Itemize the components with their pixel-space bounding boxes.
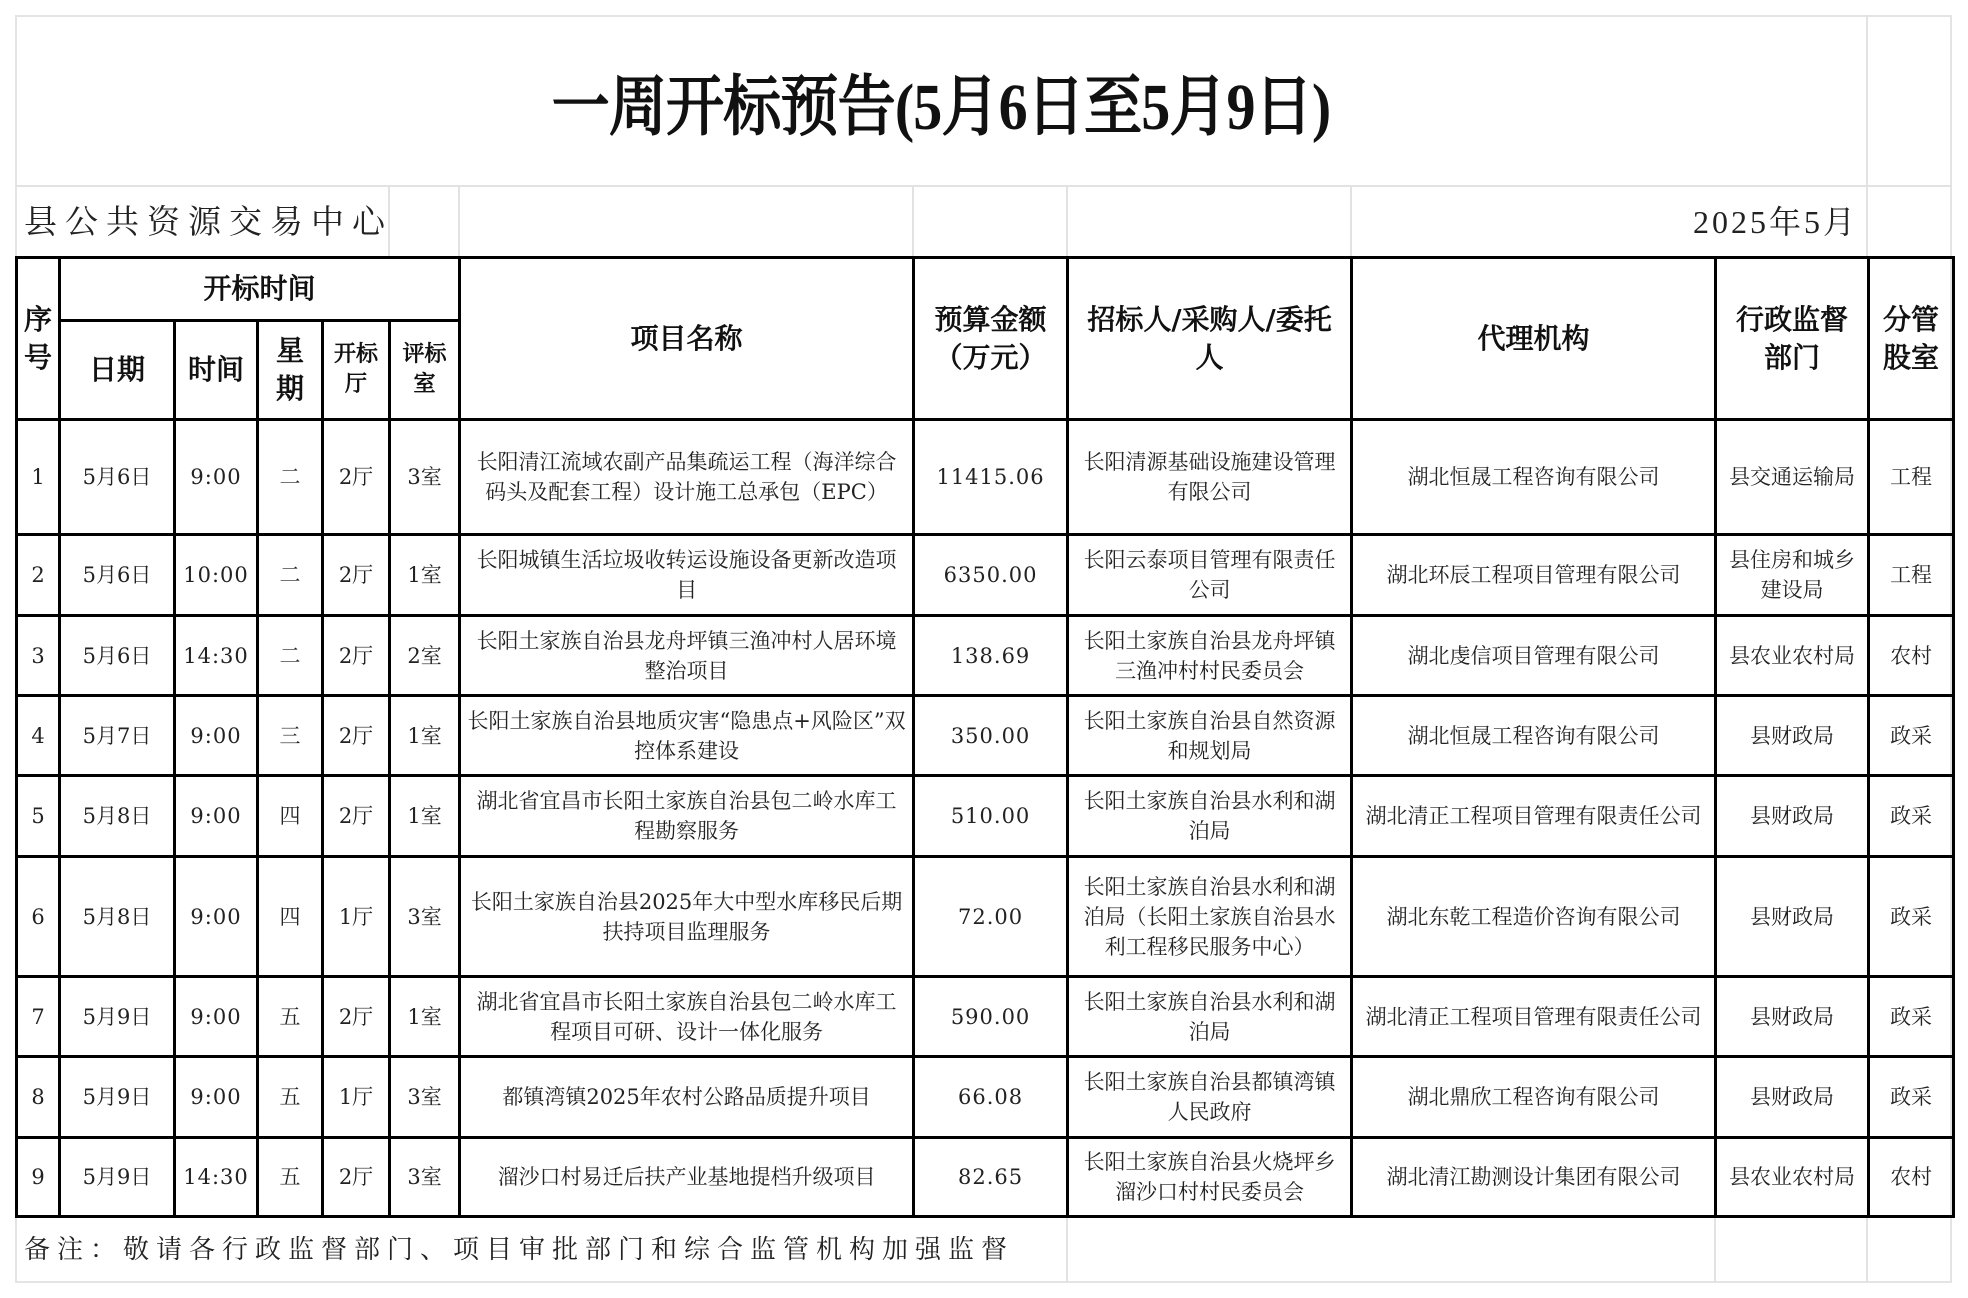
hall-cell: 2厅 bbox=[323, 1138, 390, 1217]
project-cell: 长阳土家族自治县地质灾害“隐患点+风险区”双控体系建设 bbox=[460, 696, 914, 776]
seq-cell: 7 bbox=[17, 977, 60, 1057]
hall-cell: 2厅 bbox=[323, 696, 390, 776]
gridline bbox=[1066, 186, 1068, 256]
division-cell: 政采 bbox=[1869, 696, 1954, 776]
tenderer-cell: 长阳土家族自治县龙舟坪镇三渔冲村村民委员会 bbox=[1068, 616, 1352, 696]
table-row: 6 5月8日 9:00 四 1厅 3室 长阳土家族自治县2025年大中型水库移民… bbox=[17, 857, 1954, 977]
hall-cell: 1厅 bbox=[323, 1057, 390, 1138]
division-cell: 工程 bbox=[1869, 420, 1954, 535]
agency-cell: 湖北虔信项目管理有限公司 bbox=[1352, 616, 1716, 696]
header-division: 分管股室 bbox=[1869, 258, 1954, 420]
bid-opening-table: 序号 开标时间 项目名称 预算金额（万元） 招标人/采购人/委托人 代理机构 行… bbox=[15, 256, 1955, 1218]
project-cell: 湖北省宜昌市长阳土家族自治县包二岭水库工程勘察服务 bbox=[460, 776, 914, 857]
organization-label: 县公共资源交易中心 bbox=[24, 192, 393, 252]
room-cell: 3室 bbox=[390, 1138, 460, 1217]
agency-cell: 湖北清正工程项目管理有限责任公司 bbox=[1352, 977, 1716, 1057]
hall-cell: 2厅 bbox=[323, 535, 390, 616]
division-cell: 政采 bbox=[1869, 1057, 1954, 1138]
project-cell: 湖北省宜昌市长阳土家族自治县包二岭水库工程项目可研、设计一体化服务 bbox=[460, 977, 914, 1057]
budget-cell: 66.08 bbox=[914, 1057, 1068, 1138]
gridline bbox=[1866, 15, 1868, 256]
header-seq: 序号 bbox=[17, 258, 60, 420]
room-cell: 3室 bbox=[390, 857, 460, 977]
hall-cell: 2厅 bbox=[323, 616, 390, 696]
room-cell: 1室 bbox=[390, 977, 460, 1057]
supervisor-cell: 县财政局 bbox=[1716, 776, 1869, 857]
footnote: 备注：敬请各行政监督部门、项目审批部门和综合监管机构加强监督 bbox=[24, 1218, 1014, 1282]
budget-cell: 11415.06 bbox=[914, 420, 1068, 535]
date-label: 2025年5月 bbox=[1693, 192, 1858, 252]
header-project: 项目名称 bbox=[460, 258, 914, 420]
tenderer-cell: 长阳土家族自治县水利和湖泊局 bbox=[1068, 977, 1352, 1057]
project-cell: 长阳清江流域农副产品集疏运工程（海洋综合码头及配套工程）设计施工总承包（EPC） bbox=[460, 420, 914, 535]
weekday-cell: 四 bbox=[258, 776, 323, 857]
seq-cell: 6 bbox=[17, 857, 60, 977]
date-cell: 5月8日 bbox=[60, 776, 175, 857]
seq-cell: 4 bbox=[17, 696, 60, 776]
hall-cell: 2厅 bbox=[323, 776, 390, 857]
tenderer-cell: 长阳云泰项目管理有限责任公司 bbox=[1068, 535, 1352, 616]
hall-cell: 2厅 bbox=[323, 420, 390, 535]
agency-cell: 湖北环辰工程项目管理有限公司 bbox=[1352, 535, 1716, 616]
date-cell: 5月9日 bbox=[60, 977, 175, 1057]
time-cell: 9:00 bbox=[175, 857, 258, 977]
date-cell: 5月6日 bbox=[60, 616, 175, 696]
project-cell: 都镇湾镇2025年农村公路品质提升项目 bbox=[460, 1057, 914, 1138]
date-cell: 5月6日 bbox=[60, 535, 175, 616]
date-cell: 5月9日 bbox=[60, 1057, 175, 1138]
weekday-cell: 四 bbox=[258, 857, 323, 977]
project-cell: 长阳土家族自治县2025年大中型水库移民后期扶持项目监理服务 bbox=[460, 857, 914, 977]
supervisor-cell: 县财政局 bbox=[1716, 1057, 1869, 1138]
tenderer-cell: 长阳土家族自治县水利和湖泊局 bbox=[1068, 776, 1352, 857]
gridline bbox=[912, 186, 914, 256]
gridline bbox=[1866, 1216, 1868, 1283]
division-cell: 政采 bbox=[1869, 776, 1954, 857]
date-cell: 5月6日 bbox=[60, 420, 175, 535]
time-cell: 14:30 bbox=[175, 1138, 258, 1217]
header-tenderer: 招标人/采购人/委托人 bbox=[1068, 258, 1352, 420]
table-row: 3 5月6日 14:30 二 2厅 2室 长阳土家族自治县龙舟坪镇三渔冲村人居环… bbox=[17, 616, 1954, 696]
weekday-cell: 二 bbox=[258, 535, 323, 616]
agency-cell: 湖北鼎欣工程咨询有限公司 bbox=[1352, 1057, 1716, 1138]
tenderer-cell: 长阳清源基础设施建设管理有限公司 bbox=[1068, 420, 1352, 535]
table-row: 2 5月6日 10:00 二 2厅 1室 长阳城镇生活垃圾收转运设施设备更新改造… bbox=[17, 535, 1954, 616]
division-cell: 政采 bbox=[1869, 857, 1954, 977]
supervisor-cell: 县财政局 bbox=[1716, 696, 1869, 776]
weekday-cell: 二 bbox=[258, 420, 323, 535]
room-cell: 2室 bbox=[390, 616, 460, 696]
weekday-cell: 五 bbox=[258, 1138, 323, 1217]
project-cell: 长阳城镇生活垃圾收转运设施设备更新改造项目 bbox=[460, 535, 914, 616]
gridline bbox=[1350, 186, 1352, 256]
header-budget: 预算金额（万元） bbox=[914, 258, 1068, 420]
agency-cell: 湖北东乾工程造价咨询有限公司 bbox=[1352, 857, 1716, 977]
weekday-cell: 三 bbox=[258, 696, 323, 776]
table-row: 9 5月9日 14:30 五 2厅 3室 溜沙口村易迁后扶产业基地提档升级项目 … bbox=[17, 1138, 1954, 1217]
header-supervisor: 行政监督部门 bbox=[1716, 258, 1869, 420]
date-cell: 5月7日 bbox=[60, 696, 175, 776]
seq-cell: 8 bbox=[17, 1057, 60, 1138]
tenderer-cell: 长阳土家族自治县水利和湖泊局（长阳土家族自治县水利工程移民服务中心） bbox=[1068, 857, 1352, 977]
header-opening-time: 开标时间 bbox=[60, 258, 460, 321]
hall-cell: 2厅 bbox=[323, 977, 390, 1057]
seq-cell: 3 bbox=[17, 616, 60, 696]
time-cell: 9:00 bbox=[175, 696, 258, 776]
agency-cell: 湖北清正工程项目管理有限责任公司 bbox=[1352, 776, 1716, 857]
table-row: 8 5月9日 9:00 五 1厅 3室 都镇湾镇2025年农村公路品质提升项目 … bbox=[17, 1057, 1954, 1138]
header-hall: 开标厅 bbox=[323, 321, 390, 420]
tenderer-cell: 长阳土家族自治县火烧坪乡溜沙口村村民委员会 bbox=[1068, 1138, 1352, 1217]
division-cell: 政采 bbox=[1869, 977, 1954, 1057]
budget-cell: 72.00 bbox=[914, 857, 1068, 977]
time-cell: 9:00 bbox=[175, 1057, 258, 1138]
room-cell: 1室 bbox=[390, 535, 460, 616]
weekday-cell: 二 bbox=[258, 616, 323, 696]
time-cell: 10:00 bbox=[175, 535, 258, 616]
room-cell: 1室 bbox=[390, 776, 460, 857]
supervisor-cell: 县财政局 bbox=[1716, 857, 1869, 977]
seq-cell: 5 bbox=[17, 776, 60, 857]
division-cell: 工程 bbox=[1869, 535, 1954, 616]
header-date: 日期 bbox=[60, 321, 175, 420]
table-row: 1 5月6日 9:00 二 2厅 3室 长阳清江流域农副产品集疏运工程（海洋综合… bbox=[17, 420, 1954, 535]
supervisor-cell: 县农业农村局 bbox=[1716, 1138, 1869, 1217]
budget-cell: 6350.00 bbox=[914, 535, 1068, 616]
division-cell: 农村 bbox=[1869, 616, 1954, 696]
room-cell: 1室 bbox=[390, 696, 460, 776]
table-row: 7 5月9日 9:00 五 2厅 1室 湖北省宜昌市长阳土家族自治县包二岭水库工… bbox=[17, 977, 1954, 1057]
room-cell: 3室 bbox=[390, 1057, 460, 1138]
weekday-cell: 五 bbox=[258, 977, 323, 1057]
room-cell: 3室 bbox=[390, 420, 460, 535]
tenderer-cell: 长阳土家族自治县都镇湾镇人民政府 bbox=[1068, 1057, 1352, 1138]
project-cell: 长阳土家族自治县龙舟坪镇三渔冲村人居环境整治项目 bbox=[460, 616, 914, 696]
time-cell: 9:00 bbox=[175, 420, 258, 535]
tenderer-cell: 长阳土家族自治县自然资源和规划局 bbox=[1068, 696, 1352, 776]
agency-cell: 湖北清江勘测设计集团有限公司 bbox=[1352, 1138, 1716, 1217]
header-weekday: 星期 bbox=[258, 321, 323, 420]
budget-cell: 350.00 bbox=[914, 696, 1068, 776]
seq-cell: 2 bbox=[17, 535, 60, 616]
time-cell: 9:00 bbox=[175, 977, 258, 1057]
agency-cell: 湖北恒晟工程咨询有限公司 bbox=[1352, 696, 1716, 776]
hall-cell: 1厅 bbox=[323, 857, 390, 977]
header-room: 评标室 bbox=[390, 321, 460, 420]
gridline bbox=[1066, 1216, 1068, 1283]
budget-cell: 138.69 bbox=[914, 616, 1068, 696]
gridline bbox=[458, 186, 460, 256]
seq-cell: 9 bbox=[17, 1138, 60, 1217]
table-row: 4 5月7日 9:00 三 2厅 1室 长阳土家族自治县地质灾害“隐患点+风险区… bbox=[17, 696, 1954, 776]
supervisor-cell: 县交通运输局 bbox=[1716, 420, 1869, 535]
project-cell: 溜沙口村易迁后扶产业基地提档升级项目 bbox=[460, 1138, 914, 1217]
header-agency: 代理机构 bbox=[1352, 258, 1716, 420]
supervisor-cell: 县财政局 bbox=[1716, 977, 1869, 1057]
division-cell: 农村 bbox=[1869, 1138, 1954, 1217]
supervisor-cell: 县农业农村局 bbox=[1716, 616, 1869, 696]
gridline bbox=[1714, 1216, 1716, 1283]
time-cell: 14:30 bbox=[175, 616, 258, 696]
agency-cell: 湖北恒晟工程咨询有限公司 bbox=[1352, 420, 1716, 535]
budget-cell: 82.65 bbox=[914, 1138, 1068, 1217]
date-cell: 5月9日 bbox=[60, 1138, 175, 1217]
time-cell: 9:00 bbox=[175, 776, 258, 857]
seq-cell: 1 bbox=[17, 420, 60, 535]
budget-cell: 590.00 bbox=[914, 977, 1068, 1057]
budget-cell: 510.00 bbox=[914, 776, 1068, 857]
table-row: 5 5月8日 9:00 四 2厅 1室 湖北省宜昌市长阳土家族自治县包二岭水库工… bbox=[17, 776, 1954, 857]
weekday-cell: 五 bbox=[258, 1057, 323, 1138]
supervisor-cell: 县住房和城乡建设局 bbox=[1716, 535, 1869, 616]
header-time: 时间 bbox=[175, 321, 258, 420]
date-cell: 5月8日 bbox=[60, 857, 175, 977]
page-title: 一周开标预告(5月6日至5月9日) bbox=[126, 15, 1756, 186]
